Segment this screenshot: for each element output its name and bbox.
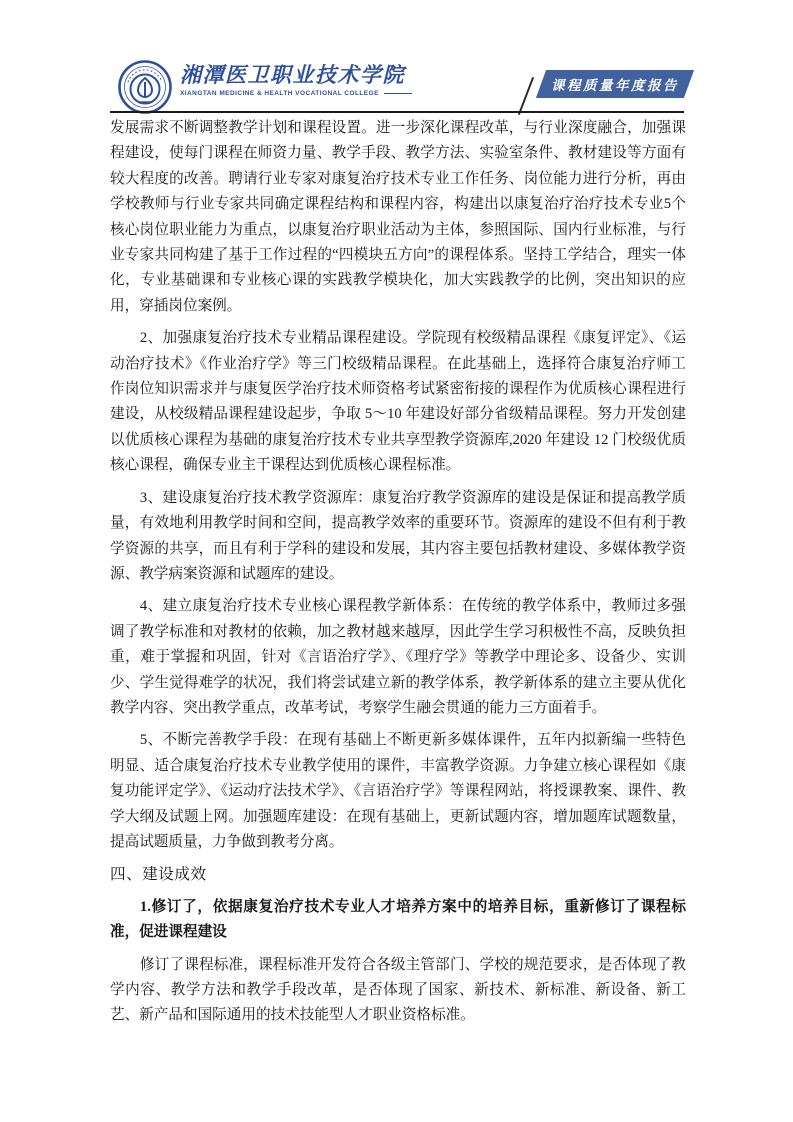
banner-accent-line	[518, 77, 534, 115]
banner-title: 课程质量年度报告	[551, 74, 679, 94]
header-dash-line	[384, 93, 412, 94]
paragraph-item-4: 4、建立康复治疗技术专业核心课程教学新体系：在传统的教学体系中，教师过多强调了教…	[110, 594, 686, 721]
college-seal-icon	[118, 60, 172, 114]
section-heading: 四、建设成效	[110, 862, 686, 887]
college-title-block: 湘潭医卫职业技术学院 XIANGTAN MEDICINE & HEALTH VO…	[180, 60, 412, 97]
header-logo-block: 湘潭医卫职业技术学院 XIANGTAN MEDICINE & HEALTH VO…	[118, 60, 412, 114]
banner-shape: 课程质量年度报告	[536, 70, 694, 98]
report-banner: 课程质量年度报告	[541, 70, 689, 98]
paragraph-closing: 修订了课程标准，课程标准开发符合各级主管部门、学校的规范要求，是否体现了教学内容…	[110, 953, 686, 1029]
college-name-english: XIANGTAN MEDICINE & HEALTH VOCATIONAL CO…	[180, 90, 412, 97]
header-rule	[110, 111, 684, 113]
document-body: 发展需求不断调整教学计划和课程设置。进一步深化课程改革，与行业深度融合，加强课程…	[110, 116, 686, 1036]
paragraph-bold-point-1: 1.修订了，依据康复治疗技术专业人才培养方案中的培养目标，重新修订了课程标准，促…	[110, 895, 686, 946]
paragraph-item-5: 5、不断完善教学手段：在现有基础上不断更新多媒体课件，五年内拟新编一些特色明显、…	[110, 728, 686, 855]
paragraph-item-3: 3、建设康复治疗技术教学资源库：康复治疗教学资源库的建设是保证和提高教学质量，有…	[110, 486, 686, 588]
document-page: 湘潭医卫职业技术学院 XIANGTAN MEDICINE & HEALTH VO…	[0, 0, 793, 1122]
paragraph-item-2: 2、加强康复治疗技术专业精品课程建设。学院现有校级精品课程《康复评定》、《运动治…	[110, 326, 686, 478]
college-name: 湘潭医卫职业技术学院	[180, 64, 412, 87]
paragraph-continuation: 发展需求不断调整教学计划和课程设置。进一步深化课程改革，与行业深度融合，加强课程…	[110, 116, 686, 319]
